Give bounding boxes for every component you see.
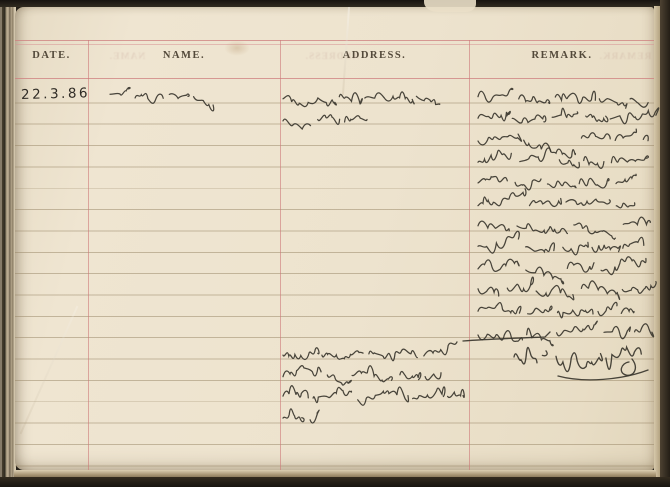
header-rule-top-inner	[15, 44, 654, 45]
column-divider-name-address	[280, 40, 281, 470]
scanned-register-page: DATE. NAME. ADDRESS. REMARK. NAME. ADDRE…	[0, 0, 670, 487]
ghost-bleed-text: NAME.	[96, 51, 158, 63]
ghost-bleed-text: REMARK.	[590, 51, 660, 63]
cover-edge-bottom	[0, 477, 670, 487]
header-rule-bottom	[15, 78, 654, 79]
column-header-date: DATE.	[15, 49, 88, 63]
book-binding-edge	[0, 0, 16, 487]
column-divider-date-name	[88, 40, 89, 470]
cover-edge-right	[660, 0, 670, 487]
page-stack-edge-top	[0, 0, 670, 7]
ruled-lines	[15, 82, 654, 472]
entry-date: 22.3.86	[21, 85, 97, 103]
paper-stain	[224, 40, 250, 56]
header-rule-top	[15, 40, 654, 41]
column-divider-address-remark	[469, 40, 470, 470]
ghost-bleed-text: ADDRESS.	[296, 51, 368, 63]
torn-paper-notch	[424, 0, 476, 12]
